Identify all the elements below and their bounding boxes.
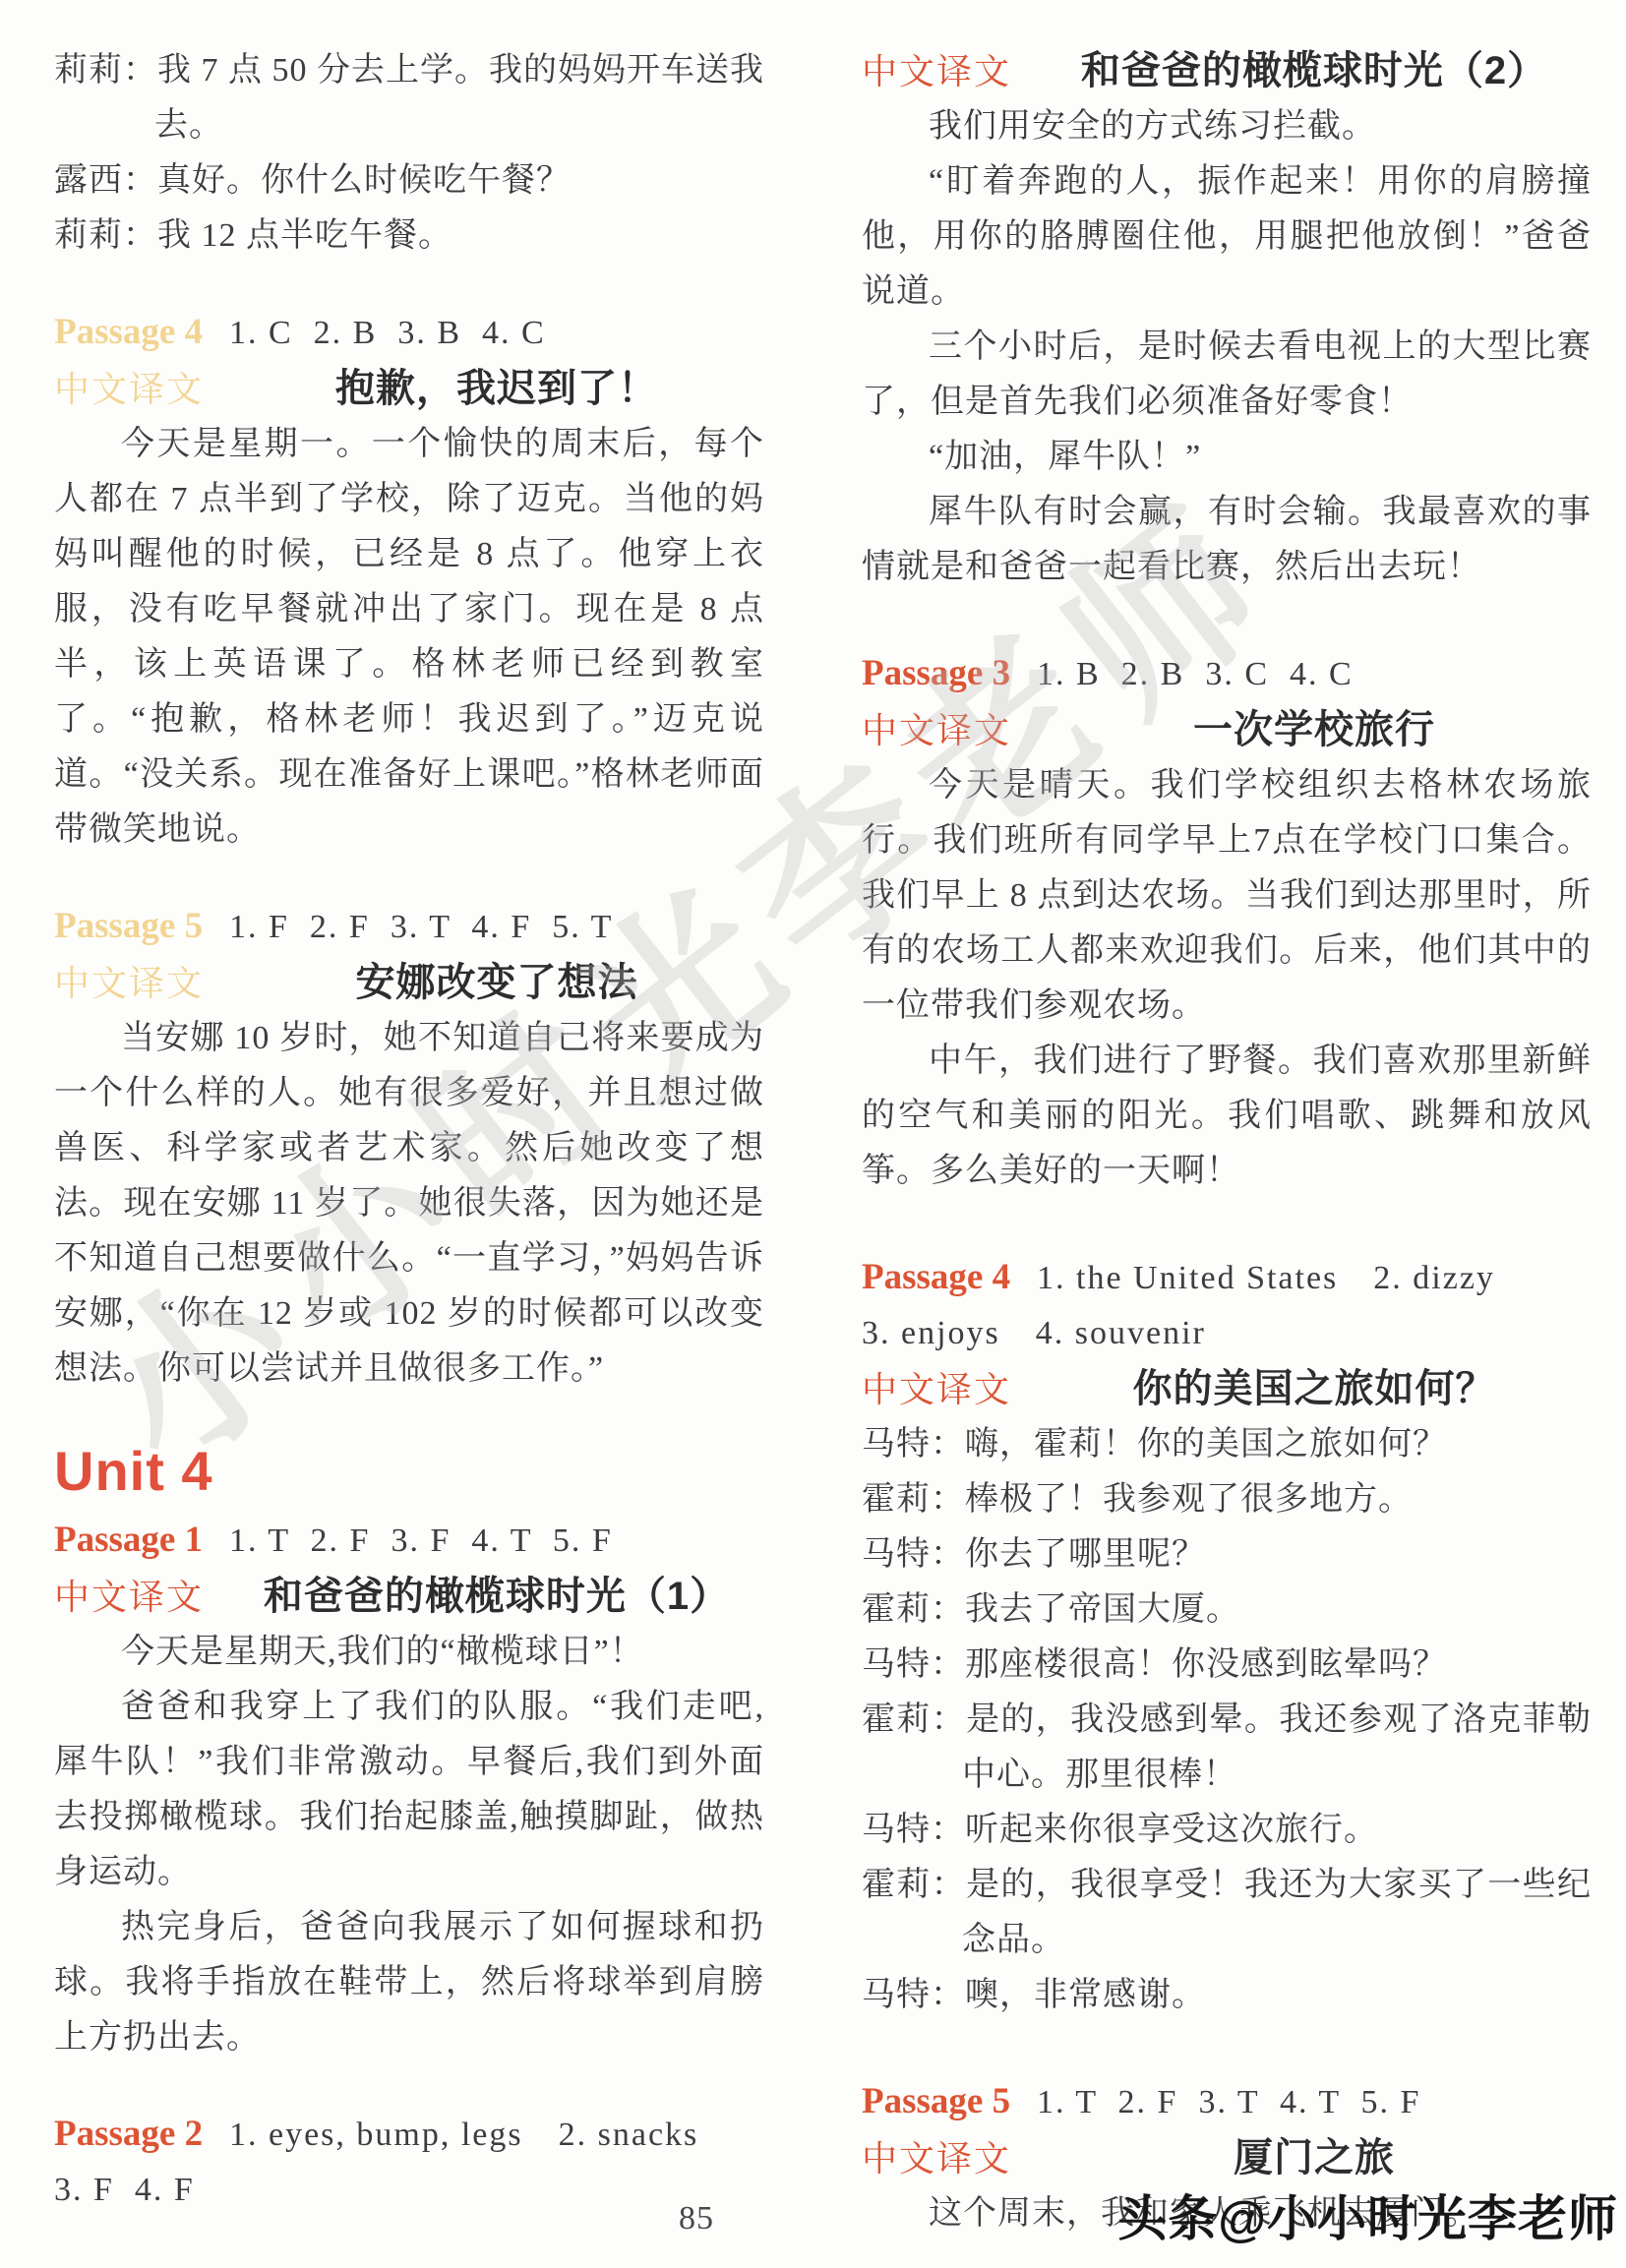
passage2-translation-row: 中文译文 和爸爸的橄榄球时光（2）: [862, 43, 1592, 99]
passage4-section: Passage 4 1. C 2. B 3. B 4. C 中文译文 抱歉，我迟…: [54, 305, 764, 858]
dialogue-text: 听起来你很享受这次旅行。: [965, 1812, 1378, 1848]
passage-paragraph: 今天是星期一。一个愉快的周末后，每个人都在 7 点半到了学校，除了迈克。当他的妈…: [54, 417, 764, 858]
passage-paragraph: 三个小时后，是时候去看电视上的大型比赛了，但是首先我们必须准备好零食！: [862, 320, 1592, 430]
dialogue-line: 霍莉：是的，我很享受！我还为大家买了一些纪念品。: [862, 1858, 1592, 1968]
textbook-answer-page: 小小时光李老师 莉莉：我 7 点 50 分去上学。我的妈妈开车送我去。 露西：真…: [0, 0, 1626, 2268]
passage-paragraph: “盯着奔跑的人，振作起来！用你的肩膀撞他，用你的胳膊圈住他，用腿把他放倒！”爸爸…: [862, 154, 1592, 320]
passage-answers-continued: 3. enjoys 4. souvenir: [862, 1306, 1592, 1361]
footer-watermark: 头条@小小时光李老师: [1117, 2191, 1618, 2246]
dialogue-text: 是的，我很享受！我还为大家买了一些纪念品。: [962, 1867, 1592, 1958]
passage5-answers-row: Passage 5 1. T 2. F 3. T 4. T 5. F: [862, 2074, 1592, 2130]
right-column: 中文译文 和爸爸的橄榄球时光（2） 我们用安全的方式练习拦截。 “盯着奔跑的人，…: [862, 43, 1592, 2241]
passage-answers: 1. eyes, bump, legs 2. snacks: [229, 2108, 698, 2163]
speaker-name: 马特：: [862, 1646, 965, 1683]
left-column: 莉莉：我 7 点 50 分去上学。我的妈妈开车送我去。 露西：真好。你什么时候吃…: [54, 43, 764, 2218]
passage5-answers-row: Passage 5 1. F 2. F 3. T 4. F 5. T: [54, 899, 764, 955]
dialogue-line: 马特：嗨，霍莉！你的美国之旅如何？: [862, 1417, 1592, 1472]
dialogue-text: 我 7 点 50 分去上学。我的妈妈开车送我去。: [154, 52, 764, 144]
dialogue-line: 马特：听起来你很享受这次旅行。: [862, 1803, 1592, 1858]
passage-answers: 1. the United States 2. dizzy: [1037, 1251, 1495, 1306]
speaker-name: 莉莉：: [54, 217, 157, 254]
translation-label: 中文译文: [54, 956, 229, 1011]
passage-label: Passage 2: [54, 2107, 229, 2162]
speaker-name: 马特：: [862, 1536, 965, 1573]
passage-paragraph: 我们用安全的方式练习拦截。: [862, 99, 1592, 154]
passage-title: 抱歉，我迟到了！: [229, 361, 764, 416]
speaker-name: 霍莉：: [862, 1481, 965, 1518]
passage-answers: 1. T 2. F 3. T 4. T 5. F: [1037, 2075, 1420, 2130]
unit-heading: Unit 4: [54, 1440, 764, 1503]
speaker-name: 马特：: [862, 1977, 965, 2013]
dialogue-line: 马特：那座楼很高！你没感到眩晕吗？: [862, 1638, 1592, 1693]
passage-paragraph: 热完身后，爸爸向我展示了如何握球和扔球。我将手指放在鞋带上，然后将球举到肩膀上方…: [54, 1900, 764, 2065]
passage1-section: Passage 1 1. T 2. F 3. F 4. T 5. F 中文译文 …: [54, 1513, 764, 2065]
passage2-translation-section: 中文译文 和爸爸的橄榄球时光（2） 我们用安全的方式练习拦截。 “盯着奔跑的人，…: [862, 43, 1592, 595]
passage-label: Passage 4: [54, 305, 229, 360]
passage1-translation-row: 中文译文 和爸爸的橄榄球时光（1）: [54, 1569, 764, 1625]
translation-label: 中文译文: [862, 44, 1037, 99]
dialogue-line: 霍莉：棒极了！我参观了很多地方。: [862, 1472, 1592, 1527]
speaker-name: 霍莉：: [862, 1701, 966, 1738]
passage-paragraph: 爸爸和我穿上了我们的队服。“我们走吧,犀牛队！”我们非常激动。早餐后,我们到外面…: [54, 1680, 764, 1900]
dialogue-text: 是的，我没感到晕。我还参观了洛克菲勒中心。那里很棒！: [962, 1701, 1592, 1793]
passage1-answers-row: Passage 1 1. T 2. F 3. F 4. T 5. F: [54, 1513, 764, 1569]
passage-label: Passage 3: [862, 646, 1037, 701]
passage-paragraph: 今天是星期天,我们的“橄榄球日”！: [54, 1625, 764, 1680]
passage3-section: Passage 3 1. B 2. B 3. C 4. C 中文译文 一次学校旅…: [862, 646, 1592, 1199]
translation-label: 中文译文: [862, 2131, 1037, 2186]
passage-answers: 1. C 2. B 3. B 4. C: [229, 306, 546, 361]
translation-label: 中文译文: [862, 1362, 1037, 1417]
dialogue-text: 那座楼很高！你没感到眩晕吗？: [965, 1646, 1447, 1683]
passage-paragraph: 中午，我们进行了野餐。我们喜欢那里新鲜的空气和美丽的阳光。我们唱歌、跳舞和放风筝…: [862, 1034, 1592, 1199]
passage-title: 你的美国之旅如何？: [1037, 1361, 1592, 1416]
passage-paragraph: 犀牛队有时会赢，有时会输。我最喜欢的事情就是和爸爸一起看比赛，然后出去玩！: [862, 485, 1592, 595]
page-number: 85: [679, 2191, 714, 2246]
dialogue-block-lunch: 莉莉：我 7 点 50 分去上学。我的妈妈开车送我去。 露西：真好。你什么时候吃…: [54, 43, 764, 264]
speaker-name: 马特：: [862, 1426, 965, 1462]
passage5-section: Passage 5 1. F 2. F 3. T 4. F 5. T 中文译文 …: [54, 899, 764, 1397]
dialogue-line: 莉莉：我 7 点 50 分去上学。我的妈妈开车送我去。: [54, 43, 764, 153]
translation-label: 中文译文: [862, 703, 1037, 758]
passage-paragraph: “加油，犀牛队！”: [862, 430, 1592, 485]
passage4-answers-row: Passage 4 1. the United States 2. dizzy: [862, 1250, 1592, 1306]
passage-answers-continued: 3. F 4. F: [54, 2163, 764, 2218]
passage2-answers-row: Passage 2 1. eyes, bump, legs 2. snacks: [54, 2107, 764, 2163]
passage2-section: Passage 2 1. eyes, bump, legs 2. snacks …: [54, 2107, 764, 2218]
passage-title: 一次学校旅行: [1037, 702, 1592, 757]
dialogue-text: 噢，非常感谢。: [965, 1977, 1206, 2013]
passage4-translation-row: 中文译文 抱歉，我迟到了！: [54, 361, 764, 417]
passage3-answers-row: Passage 3 1. B 2. B 3. C 4. C: [862, 646, 1592, 702]
dialogue-line: 露西：真好。你什么时候吃午餐？: [54, 153, 764, 209]
passage-title: 和爸爸的橄榄球时光（2）: [1037, 43, 1592, 98]
dialogue-line: 莉莉：我 12 点半吃午餐。: [54, 209, 764, 264]
passage-label: Passage 5: [54, 899, 229, 954]
translation-label: 中文译文: [54, 362, 229, 417]
passage-answers: 1. T 2. F 3. F 4. T 5. F: [229, 1514, 613, 1569]
dialogue-text: 嗨，霍莉！你的美国之旅如何？: [965, 1426, 1447, 1462]
dialogue-text: 你去了哪里呢？: [965, 1536, 1206, 1573]
passage-paragraph: 当安娜 10 岁时，她不知道自己将来要成为一个什么样的人。她有很多爱好，并且想过…: [54, 1011, 764, 1397]
passage4-translation-row: 中文译文 你的美国之旅如何？: [862, 1361, 1592, 1417]
passage-paragraph: 今天是晴天。我们学校组织去格林农场旅行。我们班所有同学早上7点在学校门口集合。我…: [862, 758, 1592, 1034]
passage5-translation-row: 中文译文 安娜改变了想法: [54, 955, 764, 1011]
dialogue-text: 真好。你什么时候吃午餐？: [157, 162, 571, 199]
passage-answers: 1. F 2. F 3. T 4. F 5. T: [229, 900, 613, 955]
dialogue-line: 霍莉：我去了帝国大厦。: [862, 1582, 1592, 1638]
speaker-name: 莉莉：: [54, 52, 157, 89]
passage-title: 安娜改变了想法: [229, 955, 764, 1010]
passage-title: 厦门之旅: [1037, 2130, 1592, 2185]
passage-title: 和爸爸的橄榄球时光（1）: [229, 1569, 764, 1624]
dialogue-line: 马特：噢，非常感谢。: [862, 1968, 1592, 2023]
passage-label: Passage 5: [862, 2074, 1037, 2129]
translation-label: 中文译文: [54, 1570, 229, 1625]
passage4-right-section: Passage 4 1. the United States 2. dizzy …: [862, 1250, 1592, 2023]
passage4-answers-row: Passage 4 1. C 2. B 3. B 4. C: [54, 305, 764, 361]
passage-answers: 1. B 2. B 3. C 4. C: [1037, 647, 1354, 702]
speaker-name: 露西：: [54, 162, 157, 199]
speaker-name: 霍莉：: [862, 1867, 966, 1903]
passage5-translation-row: 中文译文 厦门之旅: [862, 2130, 1592, 2186]
dialogue-text: 棒极了！我参观了很多地方。: [965, 1481, 1413, 1518]
dialogue-text: 我 12 点半吃午餐。: [157, 217, 452, 254]
dialogue-line: 霍莉：是的，我没感到晕。我还参观了洛克菲勒中心。那里很棒！: [862, 1693, 1592, 1803]
passage3-translation-row: 中文译文 一次学校旅行: [862, 702, 1592, 758]
dialogue-text: 我去了帝国大厦。: [965, 1591, 1240, 1628]
speaker-name: 霍莉：: [862, 1591, 965, 1628]
passage-label: Passage 4: [862, 1250, 1037, 1305]
passage-label: Passage 1: [54, 1513, 229, 1568]
speaker-name: 马特：: [862, 1812, 965, 1848]
dialogue-line: 马特：你去了哪里呢？: [862, 1527, 1592, 1582]
